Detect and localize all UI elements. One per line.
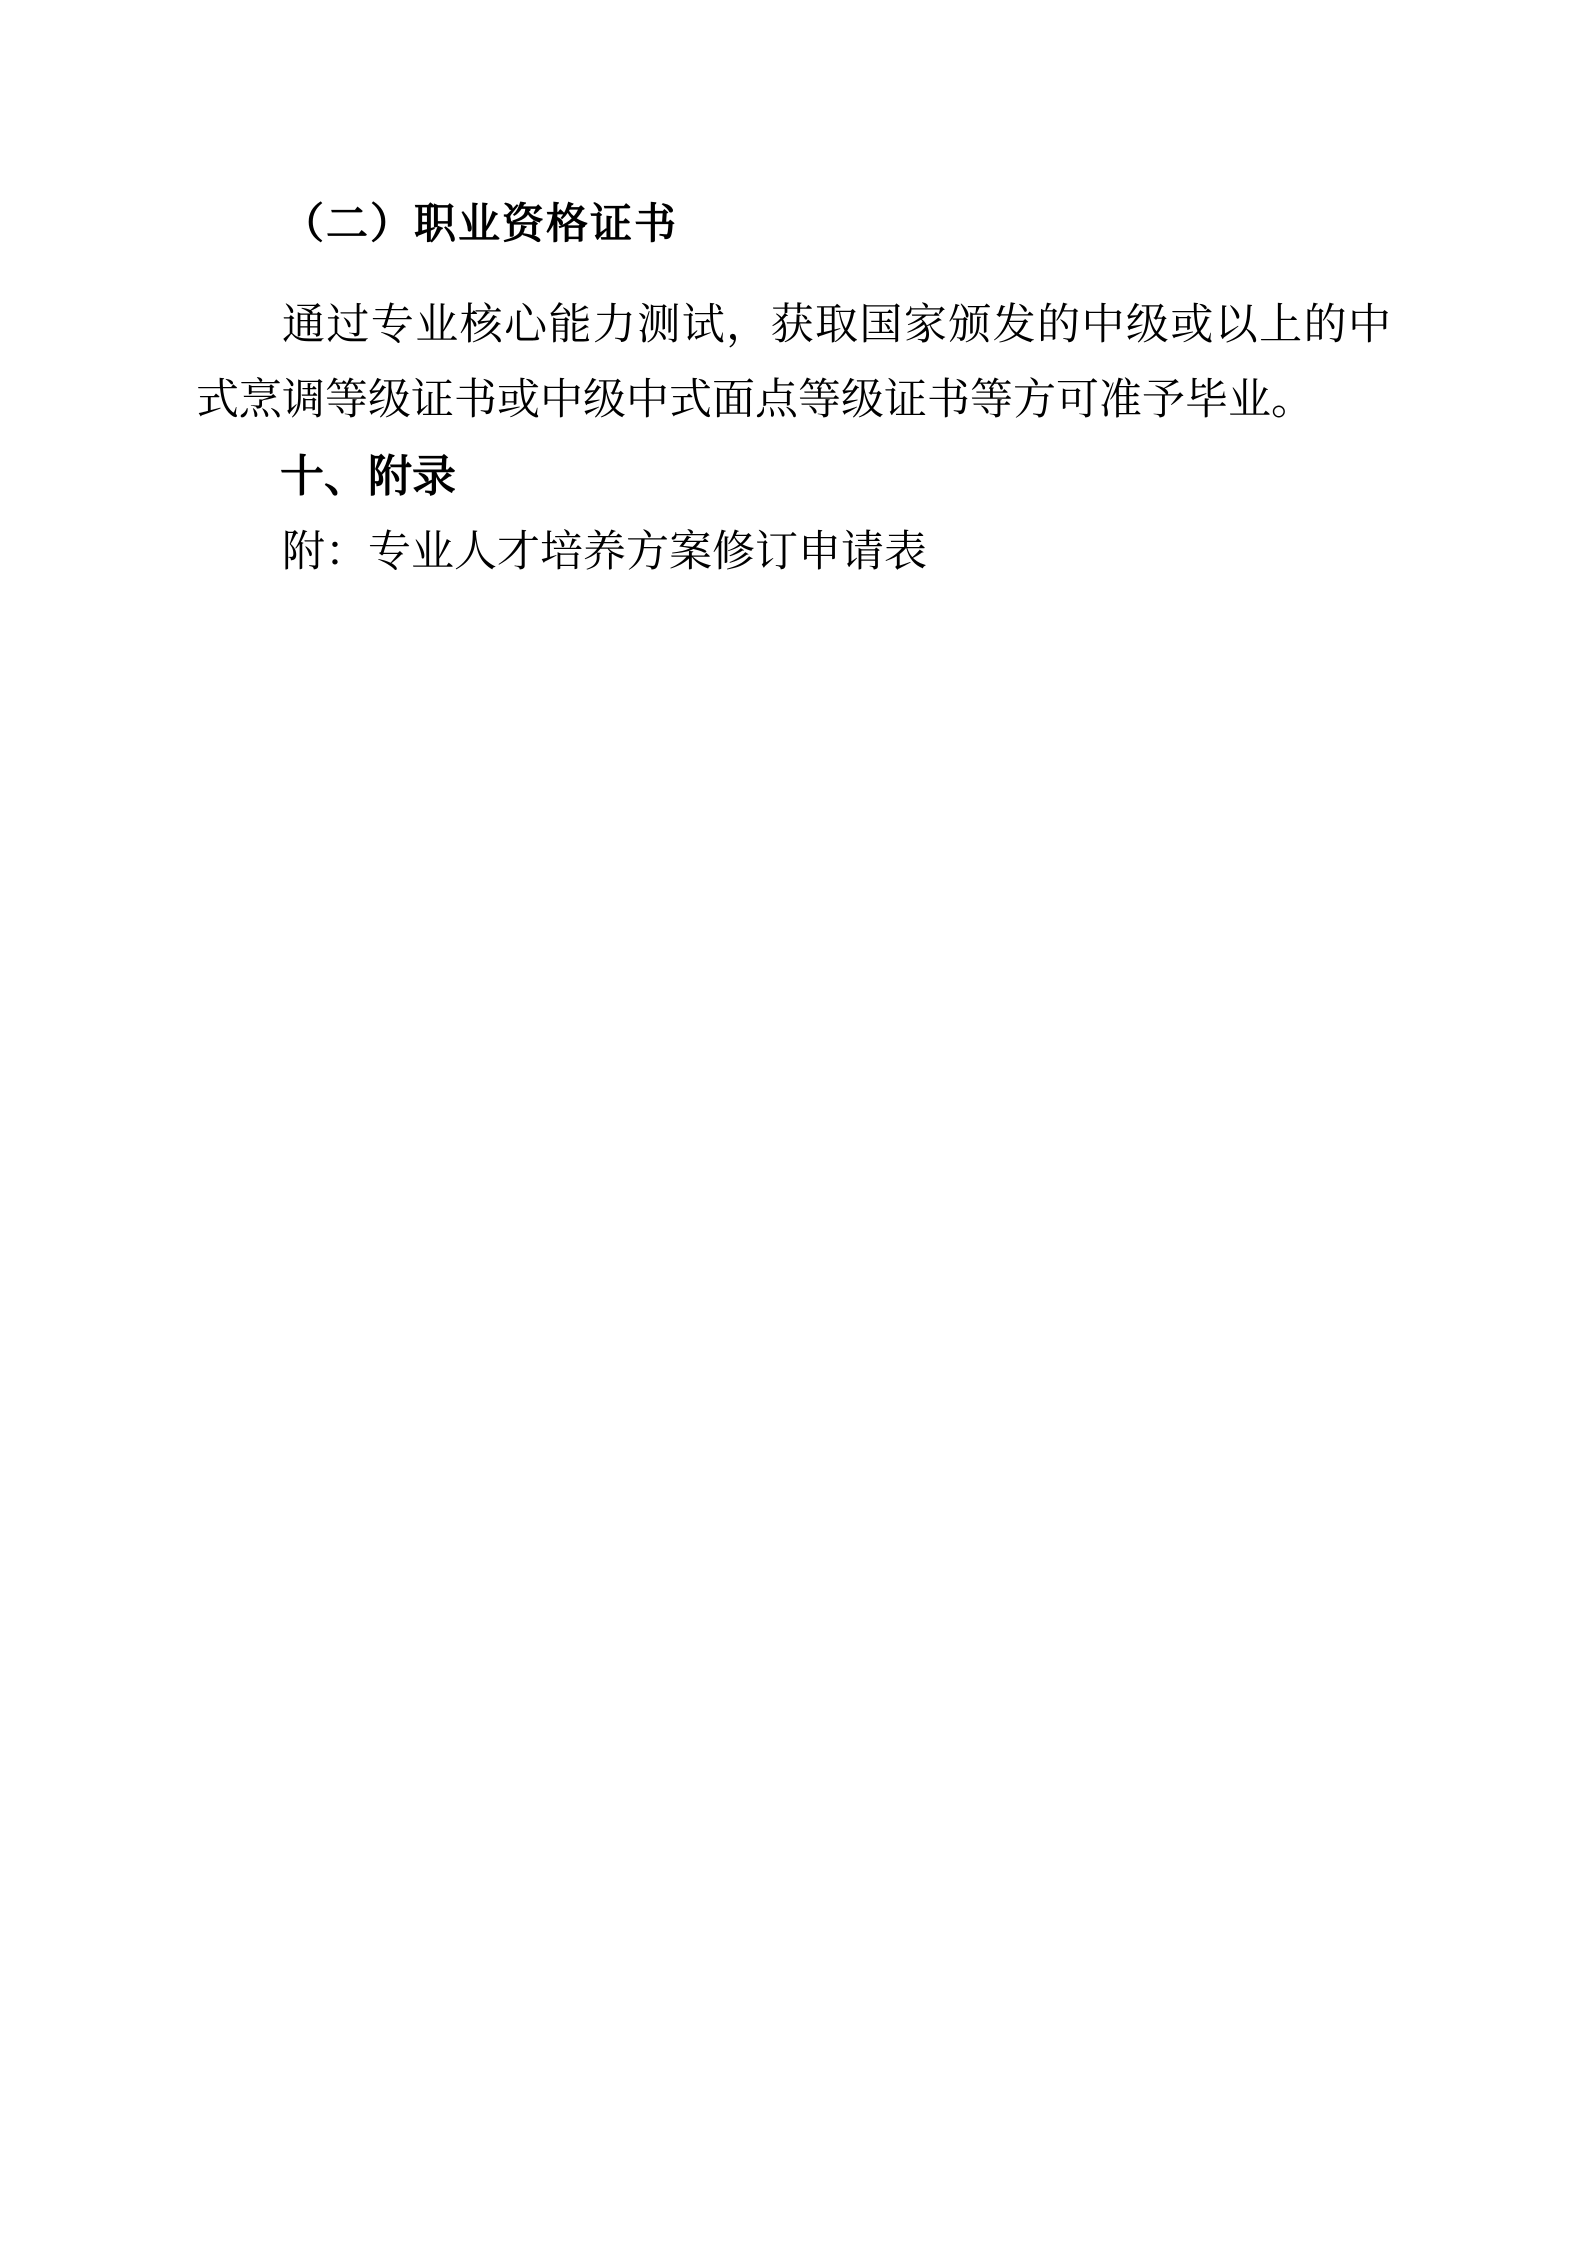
appendix-section-heading: 十、附录	[196, 438, 1391, 515]
appendix-note: 附：专业人才培养方案修订申请表	[196, 515, 1391, 590]
cert-paragraph: 通过专业核心能力测试，获取国家颁发的中级或以上的中式烹调等级证书或中级中式面点等…	[196, 288, 1391, 438]
cert-section-heading: （二）职业资格证书	[196, 188, 1391, 263]
document-page: （二）职业资格证书 通过专业核心能力测试，获取国家颁发的中级或以上的中式烹调等级…	[0, 0, 1587, 2245]
page-content: （二）职业资格证书 通过专业核心能力测试，获取国家颁发的中级或以上的中式烹调等级…	[196, 0, 1391, 590]
